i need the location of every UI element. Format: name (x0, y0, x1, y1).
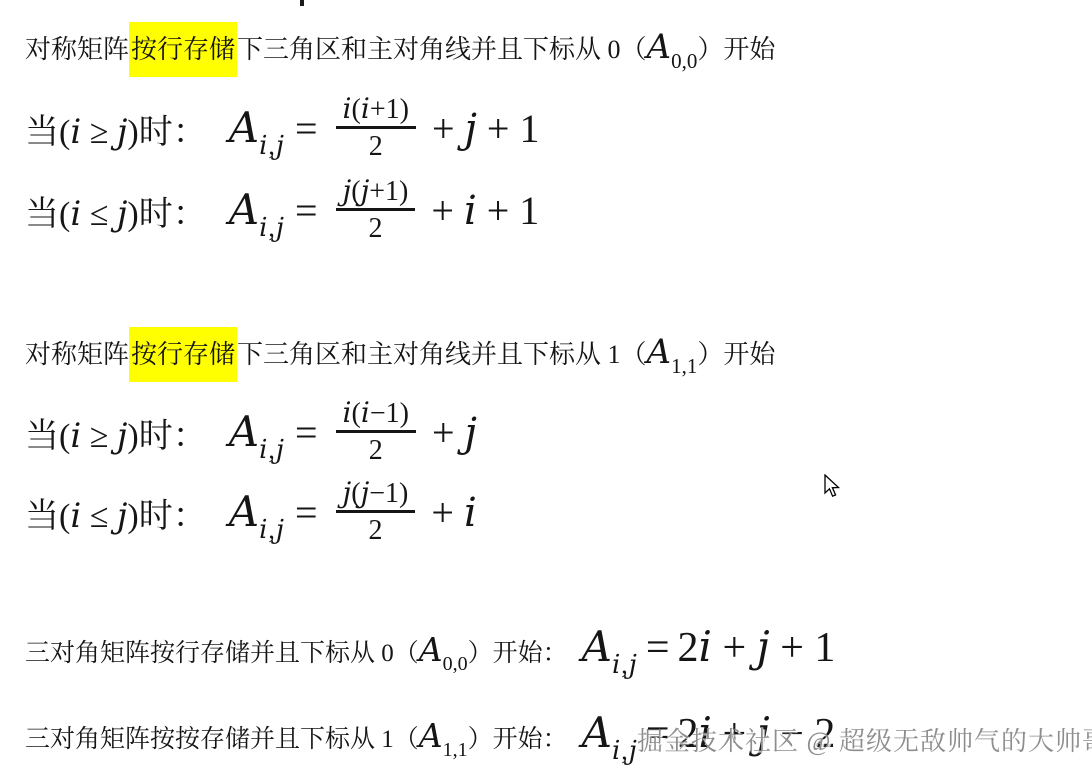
tridiag-formula: Ai,j=2i + j + 1 (582, 622, 836, 672)
matrix-subscript: 0,0 (443, 653, 468, 675)
equals-sign: = (295, 489, 318, 536)
condition-text: 当(i ≤ j)时： (25, 186, 207, 235)
formula-sym0-lower: 当(i ≥ j)时： Ai,j = i(i+1) 2 + j + 1 (25, 92, 539, 164)
matrix-symbol: A (419, 630, 443, 669)
tridiag0-line: 三对角矩阵按行存储并且下标从 0（A0,0）开始： Ai,j=2i + j + … (25, 622, 835, 672)
formula-tail: + j + 1 (432, 105, 540, 152)
equals-sign: = (295, 187, 318, 234)
watermark-text: 掘金技术社区 @ 超级无敌帅气的大帅哥 (637, 721, 1092, 758)
formula-tail: + i (431, 489, 476, 536)
fraction-denominator: 2 (369, 129, 383, 164)
title-text: ）开始 (697, 340, 775, 369)
formula-lhs: Ai,j (229, 487, 285, 537)
matrix-symbol: A (647, 27, 672, 67)
fraction: i(i+1) 2 (336, 93, 416, 164)
fraction-denominator: 2 (368, 513, 382, 548)
title-text: ）开始 (697, 35, 775, 64)
formula-lhs: Ai,j (229, 407, 285, 457)
matrix-subscript: 1,1 (671, 354, 697, 378)
matrix-subscript: 0,0 (671, 49, 697, 73)
formula-lhs: Ai,j (229, 185, 285, 235)
fraction-denominator: 2 (368, 211, 382, 246)
fraction-numerator: i(i+1) (336, 93, 416, 129)
document-page: 对称矩阵按行存储下三角区和主对角线并且下标从 0（A0,0）开始 当(i ≥ j… (0, 0, 1092, 770)
highlighted-text: 按行存储 (129, 22, 237, 77)
formula-sym0-upper: 当(i ≤ j)时： Ai,j = j(j+1) 2 + i + 1 (25, 174, 539, 246)
fraction-numerator: j(j−1) (336, 477, 416, 513)
title-text: 下三角区和主对角线并且下标从 0（ (237, 35, 647, 64)
tridiag-label: 三对角矩阵按按存储并且下标从 1（A1,1）开始： (25, 716, 568, 755)
formula-sym1-upper: 当(i ≤ j)时： Ai,j = j(j−1) 2 + i (25, 476, 477, 548)
equals-sign: = (295, 105, 318, 152)
fraction-numerator: i(i−1) (336, 397, 416, 433)
equals-sign: = (295, 409, 318, 456)
matrix-symbol: A (419, 716, 443, 755)
fraction-numerator: j(j+1) (336, 175, 416, 211)
fraction: j(j−1) 2 (336, 477, 416, 548)
section2-title: 对称矩阵按行存储下三角区和主对角线并且下标从 1（A1,1）开始 (25, 331, 775, 374)
condition-text: 当(i ≥ j)时： (25, 408, 207, 457)
tridiag-label: 三对角矩阵按行存储并且下标从 0（A0,0）开始： (25, 630, 568, 669)
title-text: 对称矩阵 (25, 340, 129, 369)
section1-title: 对称矩阵按行存储下三角区和主对角线并且下标从 0（A0,0）开始 (25, 26, 775, 69)
condition-text: 当(i ≤ j)时： (25, 488, 207, 537)
fraction: j(j+1) 2 (336, 175, 416, 246)
equals-sign: = (638, 625, 678, 671)
formula-tail: + i + 1 (431, 187, 539, 234)
title-text: 下三角区和主对角线并且下标从 1（ (237, 340, 647, 369)
formula-sym1-lower: 当(i ≥ j)时： Ai,j = i(i−1) 2 + j (25, 396, 477, 468)
fraction-denominator: 2 (369, 433, 383, 468)
matrix-symbol: A (647, 332, 672, 372)
mouse-cursor-icon (822, 474, 842, 500)
condition-text: 当(i ≥ j)时： (25, 104, 207, 153)
matrix-subscript: 1,1 (443, 739, 468, 761)
title-text: 对称矩阵 (25, 35, 129, 64)
formula-lhs: Ai,j (229, 103, 285, 153)
formula-tail: + j (432, 409, 477, 456)
highlighted-text: 按行存储 (129, 327, 237, 382)
scan-artifact (300, 0, 304, 6)
fraction: i(i−1) 2 (336, 397, 416, 468)
